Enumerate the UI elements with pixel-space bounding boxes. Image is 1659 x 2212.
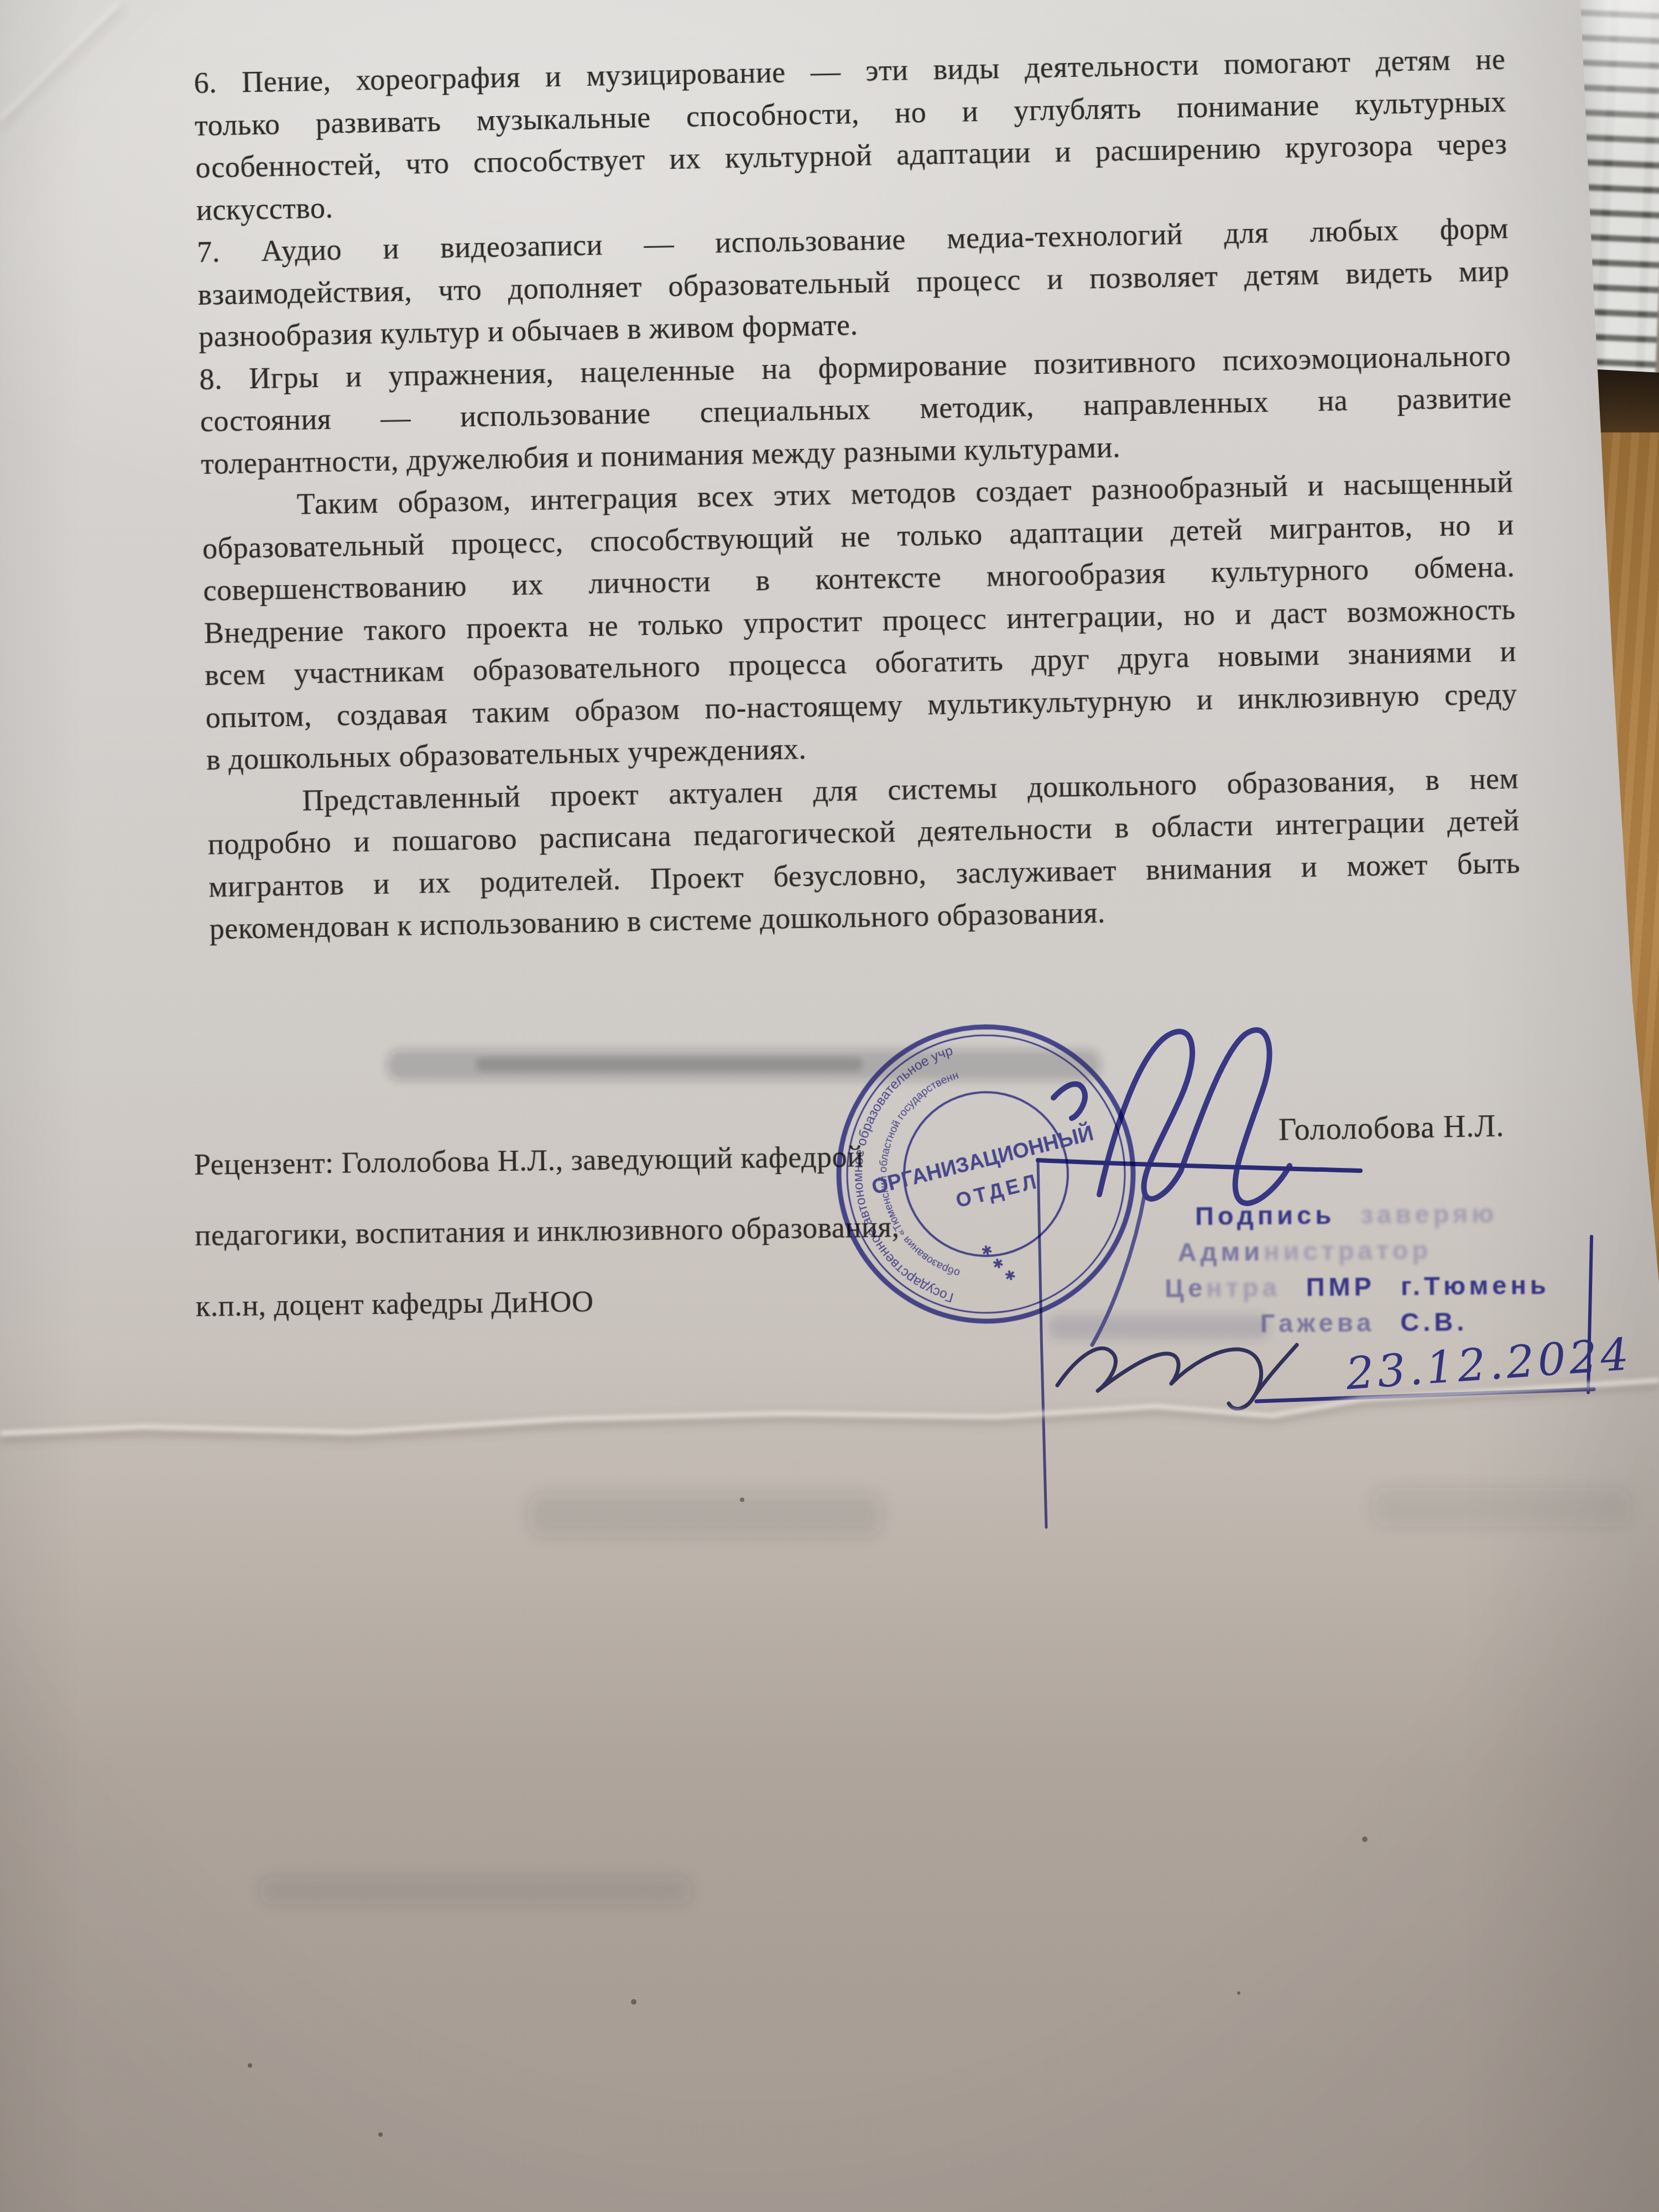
stamp-text-fragment: Адми [1177, 1237, 1264, 1266]
certification-stamp-line: Гажева С.В. [1260, 1305, 1636, 1344]
certification-stamp: Подпись заверяюАдминистраторЦентра ПМР г… [1159, 1197, 1635, 1344]
signature-underline-ink-line [1038, 1160, 1360, 1171]
certification-stamp-line: Администратор [1177, 1233, 1635, 1272]
certification-stamp-line: Подпись заверяю [1195, 1197, 1635, 1237]
stamp-text-fragment: ПМР [1306, 1271, 1401, 1301]
photographed-document: { "colors": { "paper": "#d2cfcc", "print… [0, 0, 1659, 2212]
certification-stamp-line: Центра ПМР г.Тюмень [1165, 1269, 1635, 1308]
handwritten-signature [1057, 1345, 1297, 1408]
stamp-text-fragment: г.Тюмень [1401, 1270, 1550, 1301]
stamp-text-fragment: нистратор [1264, 1235, 1432, 1266]
ink-layer: 23.12.2024 [0, 0, 1659, 2212]
stamp-text-fragment: Подпись [1195, 1200, 1335, 1230]
vertical-ink-line [1038, 1160, 1046, 1527]
stamp-text-fragment: нтра [1206, 1272, 1306, 1302]
stamp-text-fragment: С.В. [1400, 1307, 1468, 1337]
stamp-text-fragment: Гажева [1260, 1307, 1401, 1338]
stamp-text-fragment: заверяю [1335, 1198, 1498, 1229]
stamp-text-fragment: Це [1165, 1273, 1207, 1303]
